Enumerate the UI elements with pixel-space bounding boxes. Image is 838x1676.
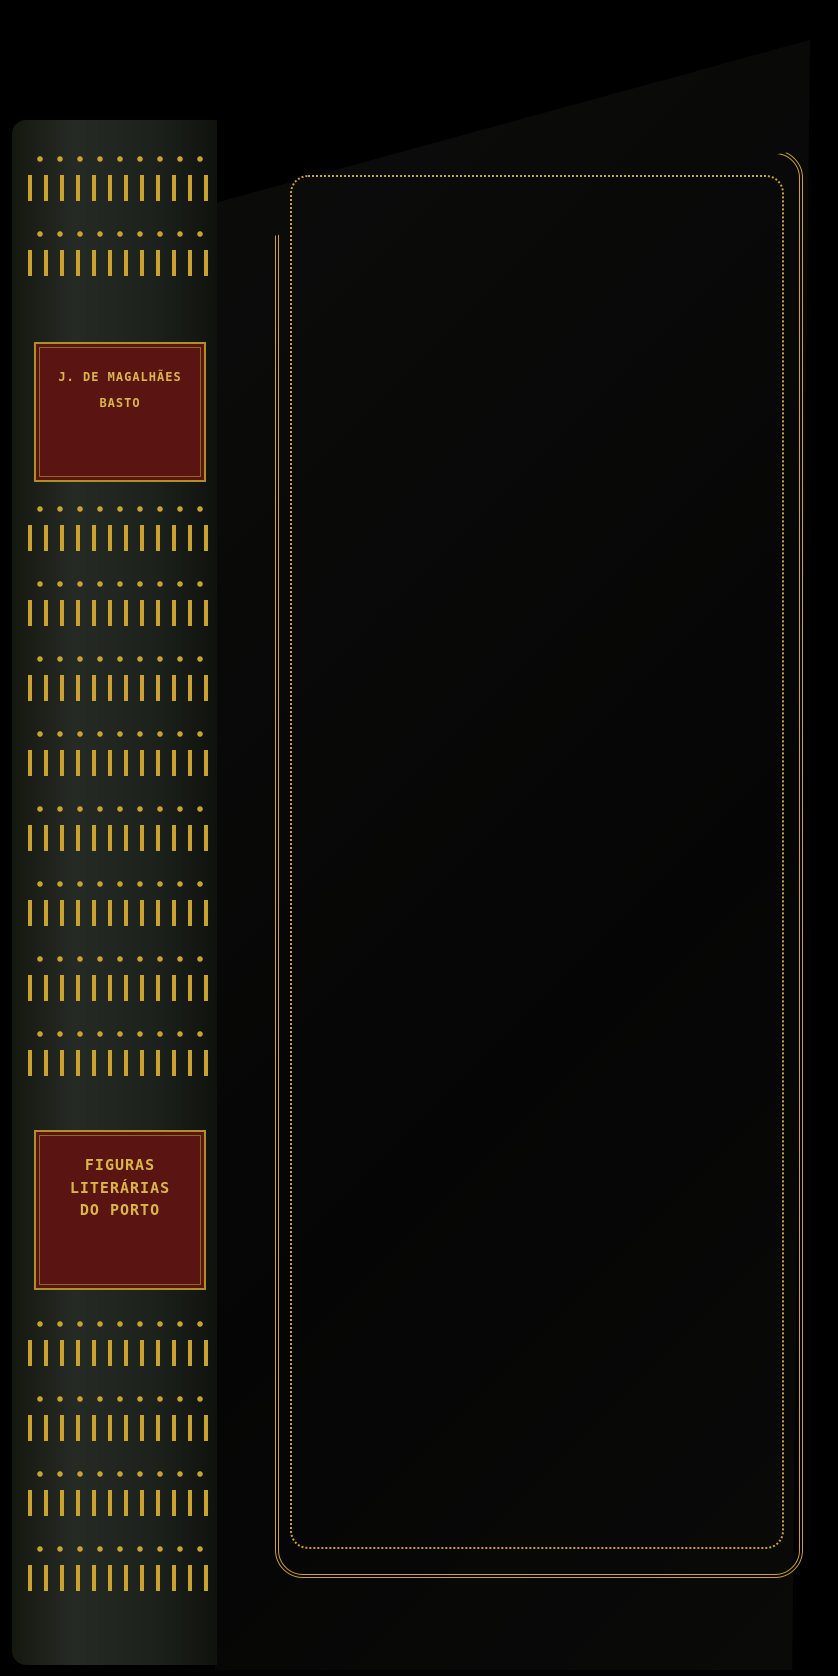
gilt-dots (30, 1030, 205, 1038)
author-line-1: J. DE MAGALHÃES (36, 368, 204, 386)
gilt-band (22, 1050, 209, 1076)
gilt-dots (30, 505, 205, 513)
gilt-dots (30, 1320, 205, 1328)
gilt-dots (30, 1470, 205, 1478)
gilt-band (22, 600, 209, 626)
book-photo: J. DE MAGALHÃES BASTO FIGURAS LITERÁRIAS… (0, 0, 838, 1676)
gilt-dots (30, 580, 205, 588)
gilt-border-inner (290, 175, 784, 1549)
gilt-band (22, 1340, 209, 1366)
gilt-dots (30, 1545, 205, 1553)
gilt-band (22, 250, 209, 276)
gilt-band (22, 900, 209, 926)
gilt-dots (30, 955, 205, 963)
gilt-dots (30, 880, 205, 888)
title-line-1: FIGURAS (36, 1154, 204, 1177)
gilt-dots (30, 655, 205, 663)
title-line-2: LITERÁRIAS (36, 1177, 204, 1200)
title-line-3: DO PORTO (36, 1199, 204, 1222)
author-line-2: BASTO (36, 394, 204, 412)
gilt-band (22, 975, 209, 1001)
gilt-band (22, 525, 209, 551)
gilt-band (22, 825, 209, 851)
book-spine: J. DE MAGALHÃES BASTO FIGURAS LITERÁRIAS… (12, 120, 217, 1665)
gilt-dots (30, 730, 205, 738)
gilt-dots (30, 155, 205, 163)
gilt-dots (30, 805, 205, 813)
title-label: FIGURAS LITERÁRIAS DO PORTO (34, 1130, 206, 1290)
gilt-band (22, 1565, 209, 1591)
gilt-band (22, 750, 209, 776)
gilt-dots (30, 1395, 205, 1403)
gilt-band (22, 1490, 209, 1516)
gilt-dots (30, 230, 205, 238)
gilt-band (22, 1415, 209, 1441)
gilt-band (22, 675, 209, 701)
gilt-band (22, 175, 209, 201)
author-label: J. DE MAGALHÃES BASTO (34, 342, 206, 482)
